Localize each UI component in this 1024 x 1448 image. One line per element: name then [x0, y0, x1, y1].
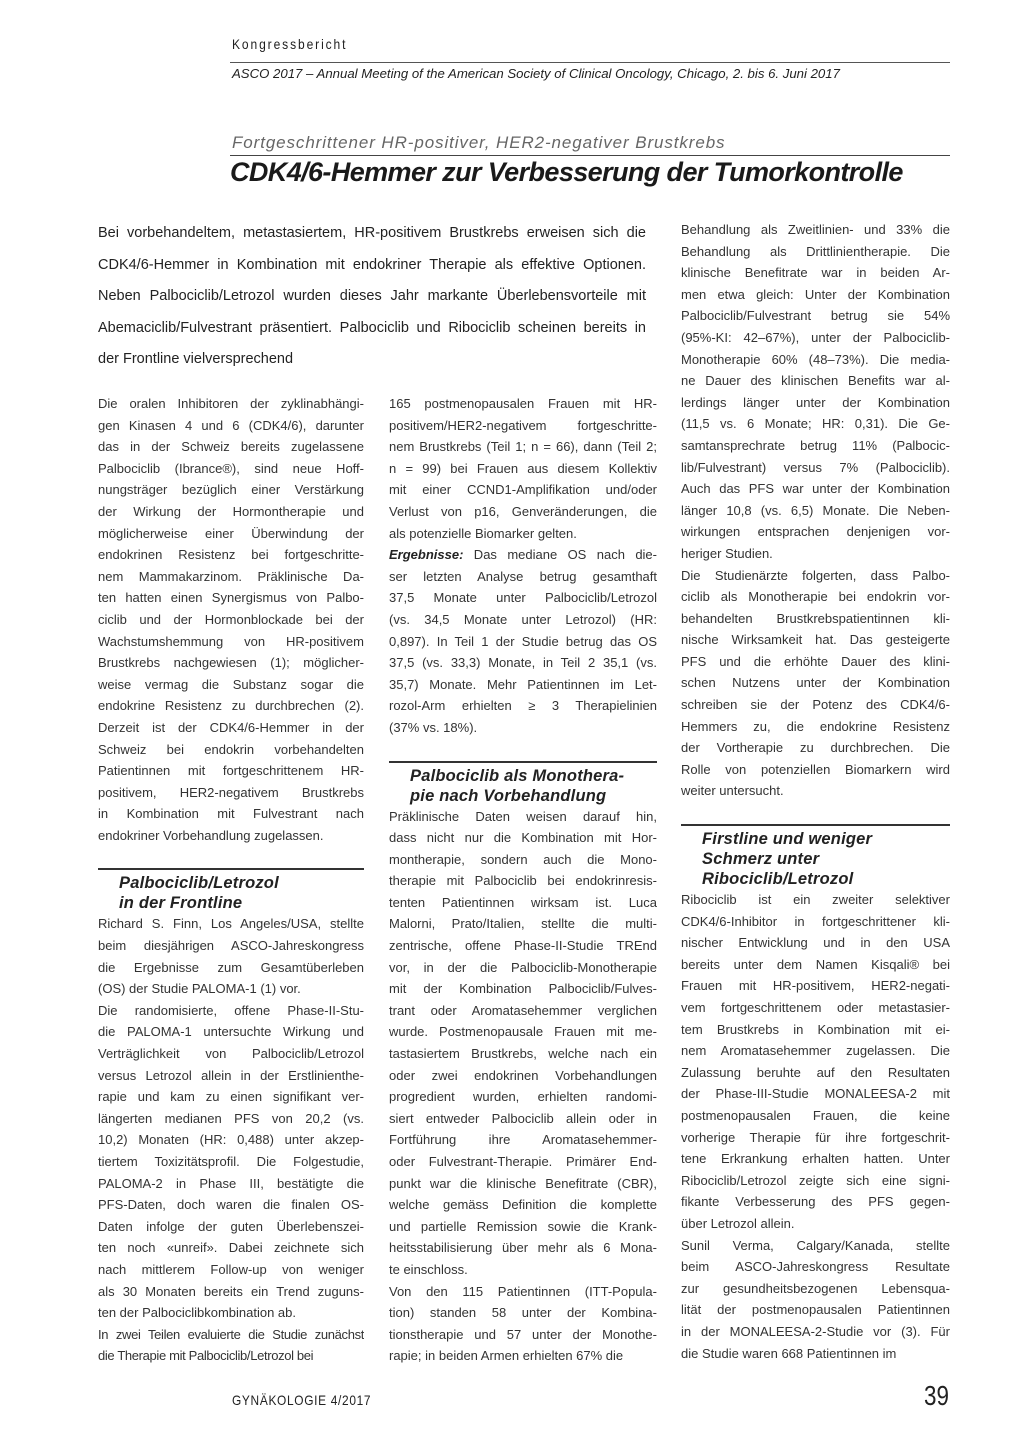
text-line: ten der Palbociclibkombination ab. — [98, 1302, 364, 1324]
text-line: Monotherapie 60% (48–73%). Die media- — [681, 349, 950, 371]
text-line: Ribociclib ist ein zweiter selektiver — [681, 889, 950, 911]
text-line: beim ASCO-Jahreskongress Resultate — [681, 1256, 950, 1278]
text-line: fikante Verbesserung des PFS gegen- — [681, 1191, 950, 1213]
text-line: mit der Kombination Palbociclib/Fulves- — [389, 978, 657, 1000]
text-line: PFS-Daten, doch waren die finalen OS- — [98, 1194, 364, 1216]
text-line: ciclib und der Hormonblockade bei der — [98, 609, 364, 631]
text-line: schen Nutzens unter der Kombination — [681, 672, 950, 694]
text-line: in der Frontline — [119, 893, 364, 913]
text-line: die Therapie mit Palbociclib/Letrozol be… — [98, 1345, 364, 1367]
text-line: nische Wirksamkeit hat. Das gesteigerte — [681, 629, 950, 651]
text-line: die PALOMA-1 untersuchte Wirkung und — [98, 1021, 364, 1043]
text-line: dass nicht nur die Kombination mit Hor- — [389, 827, 657, 849]
text-line: Verlust von p16, Genveränderungen, die — [389, 501, 657, 523]
page-number: 39 — [924, 1380, 949, 1412]
text-line: ser letzten Analyse betrug gesamthaft — [389, 566, 657, 588]
text-line: ciclib als Monotherapie bei endokrin vor… — [681, 586, 950, 608]
text-line: endokriner Vorbehandlung zugelassen. — [98, 825, 364, 847]
column-2: 165 postmenopausalen Frauen mit HR-posit… — [389, 393, 657, 1367]
text-line: Daten infolge der guten Überlebenszei- — [98, 1216, 364, 1238]
header-kicker: Kongressbericht — [232, 36, 347, 52]
text-line: vor, in der die Palbociclib-Monotherapie — [389, 957, 657, 979]
column-3: Behandlung als Zweitlinien- und 33% dieB… — [681, 219, 950, 1364]
text-line: Verträglichkeit von Palbociclib/Letrozol — [98, 1043, 364, 1065]
text-line: Rolle von potenziellen Biomarkern wird — [681, 759, 950, 781]
text-line: tenten Patientinnen wirksam ist. Luca — [389, 892, 657, 914]
text-line: In zwei Teilen evaluierte die Studie zun… — [98, 1324, 364, 1346]
col3-paragraph-4: Sunil Verma, Calgary/Kanada, stelltebeim… — [681, 1235, 950, 1365]
text-line: längerten medianen PFS von 20,2 (vs. — [98, 1108, 364, 1130]
text-line: der Frontline vielversprechend — [98, 344, 646, 376]
text-line: beim diesjährigen ASCO-Jahreskongress — [98, 935, 364, 957]
text-line: nungsträger bezüglich einer Verstärkung — [98, 479, 364, 501]
col3-paragraph-1: Behandlung als Zweitlinien- und 33% dieB… — [681, 219, 950, 565]
text-line: CDK4/6-Inhibitor in fortgeschrittener kl… — [681, 911, 950, 933]
text-line: lib/Fulvestrant) versus 7% (Palbociclib)… — [681, 457, 950, 479]
text-line: der Phase-III-Studie MONALEESA-2 mit — [681, 1083, 950, 1105]
text-line: der Wirkung der Hormontherapie und — [98, 501, 364, 523]
text-line: PALOMA-2 in Phase III, bestätigte die — [98, 1173, 364, 1195]
text-line: montherapie, sondern auch die Mono- — [389, 849, 657, 871]
text-line: 165 postmenopausalen Frauen mit HR- — [389, 393, 657, 415]
text-line: Zulassung beruhte auf den Resultaten — [681, 1062, 950, 1084]
text-line: schreiben sie der Potenz des CDK4/6- — [681, 694, 950, 716]
text-line: pie nach Vorbehandlung — [410, 786, 657, 806]
text-line: Abemaciclib/Fulvestrant präsentiert. Pal… — [98, 313, 646, 345]
text-line: die Studie waren 668 Patientinnen im — [681, 1343, 950, 1365]
text-line: Präklinische Daten weisen darauf hin, — [389, 806, 657, 828]
text-line: Firstline und weniger — [702, 829, 950, 849]
text-line: tene Erkrankung erhalten hatten. Unter — [681, 1148, 950, 1170]
text-line: siert entweder Palbociclib allein oder i… — [389, 1108, 657, 1130]
text-line: tem Brustkrebs in Kombination mit ei- — [681, 1019, 950, 1041]
col2-results: Ergebnisse: Das mediane OS nach die- — [389, 544, 657, 566]
text-line: zentrische, offene Phase-II-Studie TREnd — [389, 935, 657, 957]
text-line: (OS) der Studie PALOMA-1 (1) vor. — [98, 978, 364, 1000]
text-line: therapie mit Palbociclib bei endokrinres… — [389, 870, 657, 892]
text-line: Bei vorbehandeltem, metastasiertem, HR-p… — [98, 218, 646, 250]
article-title: CDK4/6-Hemmer zur Verbesserung der Tumor… — [230, 157, 903, 188]
text-line: PFS und die erhöhte Dauer des klini- — [681, 651, 950, 673]
text-line: zur gesundheitsbezogenen Lebensqua- — [681, 1278, 950, 1300]
text-line: endokrinen Resistenz bei fortgeschritte- — [98, 544, 364, 566]
text-line: 37,5 (vs. 33,3) Monate, in Teil 2 35,1 (… — [389, 652, 657, 674]
text-line: oder zwei endokrinen Vorbehandlungen — [389, 1065, 657, 1087]
text-line: ten noch «unreif». Dabei zeichnete sich — [98, 1237, 364, 1259]
col3-paragraph-3: Ribociclib ist ein zweiter selektiverCDK… — [681, 889, 950, 1235]
footer-journal: GYNÄKOLOGIE 4/2017 — [232, 1392, 371, 1408]
text-line: nem Mammakarzinom. Präklinische Da- — [98, 566, 364, 588]
text-line: nem Aromatasehemmer zugelassen. Die — [681, 1040, 950, 1062]
text-line: über Letrozol allein. — [681, 1213, 950, 1235]
text-line: Palbociclib (Ibrance®), sind neue Hoff- — [98, 458, 364, 480]
text-line: 10,2) Monaten (HR: 0,488) unter akzep- — [98, 1129, 364, 1151]
text-line: rapie; in beiden Armen erhielten 67% die — [389, 1345, 657, 1367]
text-line: tionstherapie und 57 unter der Monothe- — [389, 1324, 657, 1346]
col1-intro: Die oralen Inhibitoren der zyklinabhängi… — [98, 393, 364, 846]
text-line: Palbociclib als Monothera- — [410, 766, 657, 786]
text-line: ne Dauer des klinischen Benefits war al- — [681, 370, 950, 392]
text-line: Fortführung ihre Aromatasehemmer- — [389, 1129, 657, 1151]
text-line: tiertem Toxizitätsprofil. Die Folgestudi… — [98, 1151, 364, 1173]
text-line: Die oralen Inhibitoren der zyklinabhängi… — [98, 393, 364, 415]
text-line: weiter untersucht. — [681, 780, 950, 802]
col2-paragraph-3: Präklinische Daten weisen darauf hin,das… — [389, 806, 657, 1281]
results-first-line: Das mediane OS nach die- — [463, 547, 657, 562]
text-line: endokrine Resistenz zu durchbrechen (2). — [98, 695, 364, 717]
text-line: progredient wurden, erhielten randomi- — [389, 1086, 657, 1108]
col1-paragraph-3: In zwei Teilen evaluierte die Studie zun… — [98, 1324, 364, 1367]
text-line: als potenzielle Biomarker gelten. — [389, 523, 657, 545]
text-line: Von den 115 Patientinnen (ITT-Popula- — [389, 1281, 657, 1303]
text-line: vem fortgeschrittenem oder metastasier- — [681, 997, 950, 1019]
text-line: behandelten Brustkrebspatientinnen kli- — [681, 608, 950, 630]
header-subtitle: ASCO 2017 – Annual Meeting of the Americ… — [232, 66, 840, 81]
text-line: Richard S. Finn, Los Angeles/USA, stellt… — [98, 913, 364, 935]
text-line: wirkungen entsprachen denjenigen vor- — [681, 521, 950, 543]
text-line: vorherige Therapie für ihre fortgeschrit… — [681, 1127, 950, 1149]
text-line: in der MONALEESA-2-Studie vor (3). Für — [681, 1321, 950, 1343]
section-heading-firstline: Firstline und wenigerSchmerz unterRiboci… — [681, 829, 950, 889]
col2-paragraph-1: 165 postmenopausalen Frauen mit HR-posit… — [389, 393, 657, 544]
text-line: die Ergebnisse zum Gesamtüberleben — [98, 957, 364, 979]
text-line: Behandlung als Drittlinientherapie. Die — [681, 241, 950, 263]
text-line: samtansprechrate betrug 11% (Palbocic- — [681, 435, 950, 457]
text-line: Palbociclib/Letrozol — [119, 873, 364, 893]
text-line: möglicherweise einer Überwindung der — [98, 523, 364, 545]
text-line: welche gemäss Definition die komplette — [389, 1194, 657, 1216]
column-1: Die oralen Inhibitoren der zyklinabhängi… — [98, 393, 364, 1367]
section-heading-palbociclib-letrozol: Palbociclib/Letrozolin der Frontline — [98, 873, 364, 913]
col3-paragraph-2: Die Studienärzte folgerten, dass Palbo-c… — [681, 565, 950, 803]
text-line: Frauen mit HR-positivem, HER2-negati- — [681, 975, 950, 997]
text-line: Derzeit ist der CDK4/6-Hemmer in der — [98, 717, 364, 739]
text-line: tastasiertem Brustkrebs, welche nach ein — [389, 1043, 657, 1065]
text-line: Ribociclib/Letrozol — [702, 869, 950, 889]
text-line: nischer Entwicklung und in den USA — [681, 932, 950, 954]
text-line: Behandlung als Zweitlinien- und 33% die — [681, 219, 950, 241]
text-line: Palbociclib/Fulvestrant betrug sie 54% — [681, 305, 950, 327]
text-line: in Kombination mit Fulvestrant nach — [98, 803, 364, 825]
text-line: Brustkrebs nachgewiesen (1); möglicher- — [98, 652, 364, 674]
text-line: Ribociclib/Letrozol zeigte sich eine sig… — [681, 1170, 950, 1192]
text-line: Patientinnen mit fortgeschrittenem HR- — [98, 760, 364, 782]
text-line: postmenopausalen Frauen, die keine — [681, 1105, 950, 1127]
text-line: länger 10,8 (vs. 6,5) Monate. Die Neben- — [681, 500, 950, 522]
section-rule — [389, 761, 657, 763]
col2-paragraph-4: Von den 115 Patientinnen (ITT-Popula-tio… — [389, 1281, 657, 1367]
text-line: wurde. Postmenopausale Frauen mit me- — [389, 1021, 657, 1043]
text-line: (37% vs. 18%). — [389, 717, 657, 739]
text-line: gen Kinasen 4 und 6 (CDK4/6), darunter — [98, 415, 364, 437]
text-line: Malorni, Prato/Italien, stellte die mult… — [389, 913, 657, 935]
text-line: nem Brustkrebs (Teil 1; n = 66), dann (T… — [389, 436, 657, 458]
text-line: 35,7) Monate. Mehr Patientinnen im Let- — [389, 674, 657, 696]
text-line: rozol-Arm erhielten ≥ 3 Therapielinien — [389, 695, 657, 717]
section-rule — [98, 868, 364, 870]
text-line: weise vermag die Substanz sogar die — [98, 674, 364, 696]
text-line: der Vortherapie zu durchbrechen. Die — [681, 737, 950, 759]
header-rule — [230, 62, 950, 63]
text-line: 0,897). In Teil 1 der Studie betrug das … — [389, 631, 657, 653]
text-line: und partielle Remission sowie die Krank- — [389, 1216, 657, 1238]
section-rule — [681, 824, 950, 826]
text-line: Wachstumshemmung von HR-positivem — [98, 631, 364, 653]
text-line: nach mittlerem Follow-up von weniger — [98, 1259, 364, 1281]
text-line: rapie und kam zu einen signifikant ver- — [98, 1086, 364, 1108]
text-line: CDK4/6-Hemmer in Kombination mit endokri… — [98, 250, 646, 282]
text-line: lerdings länger unter der Kombination — [681, 392, 950, 414]
text-line: trant oder Aromatasehemmer verglichen — [389, 1000, 657, 1022]
article-topic: Fortgeschrittener HR-positiver, HER2-neg… — [232, 133, 725, 153]
text-line: Die Studienärzte folgerten, dass Palbo- — [681, 565, 950, 587]
results-label: Ergebnisse: — [389, 547, 463, 562]
text-line: bereits unter dem Namen Kisqali® bei — [681, 954, 950, 976]
topic-rule — [230, 155, 950, 156]
article-lead: Bei vorbehandeltem, metastasiertem, HR-p… — [98, 218, 646, 376]
col1-paragraph-1: Richard S. Finn, Los Angeles/USA, stellt… — [98, 913, 364, 999]
text-line: men etwa gleich: Unter der Kombination — [681, 284, 950, 306]
text-line: (11,5 vs. 6 Monate; HR: 0,31). Die Ge- — [681, 413, 950, 435]
text-line: ten hatten einen Synergismus von Palbo- — [98, 587, 364, 609]
text-line: heriger Studien. — [681, 543, 950, 565]
text-line: versus Letrozol allein in der Erstlinien… — [98, 1065, 364, 1087]
text-line: oder Fulvestrant-Therapie. Primärer End- — [389, 1151, 657, 1173]
text-line: klinische Benefitrate war in beiden Ar- — [681, 262, 950, 284]
col1-paragraph-2: Die randomisierte, offene Phase-II-Stu-d… — [98, 1000, 364, 1324]
text-line: n = 99) bei Frauen aus diesem Kollektiv — [389, 458, 657, 480]
text-line: als 30 Monaten bereits ein Trend zuguns- — [98, 1281, 364, 1303]
section-heading-monotherapie: Palbociclib als Monothera-pie nach Vorbe… — [389, 766, 657, 806]
text-line: mit einer CCND1-Amplifikation und/oder — [389, 479, 657, 501]
text-line: Schweiz bei endokrin vorbehandelten — [98, 739, 364, 761]
text-line: positivem/HER2-negativem fortgeschritte- — [389, 415, 657, 437]
text-line: Hemmers zu, die endokrine Resistenz — [681, 716, 950, 738]
text-line: Auch das PFS war unter der Kombination — [681, 478, 950, 500]
text-line: Sunil Verma, Calgary/Kanada, stellte — [681, 1235, 950, 1257]
text-line: Schmerz unter — [702, 849, 950, 869]
text-line: 37,5 Monate unter Palbociclib/Letrozol — [389, 587, 657, 609]
text-line: das in der Schweiz bereits zugelassene — [98, 436, 364, 458]
text-line: Neben Palbociclib/Letrozol wurden dieses… — [98, 281, 646, 313]
text-line: lität der postmenopausalen Patientinnen — [681, 1299, 950, 1321]
col2-paragraph-2: ser letzten Analyse betrug gesamthaft37,… — [389, 566, 657, 739]
text-line: (95%-KI: 42–67%), unter der Palbociclib- — [681, 327, 950, 349]
text-line: Die randomisierte, offene Phase-II-Stu- — [98, 1000, 364, 1022]
text-line: heitsstabilisierung über mehr als 6 Mona… — [389, 1237, 657, 1259]
text-line: positivem, HER2-negativem Brustkrebs — [98, 782, 364, 804]
text-line: tion) standen 58 unter der Kombina- — [389, 1302, 657, 1324]
text-line: (vs. 34,5 Monate unter Letrozol) (HR: — [389, 609, 657, 631]
text-line: te einschloss. — [389, 1259, 657, 1281]
text-line: punkt war die klinische Benefitrate (CBR… — [389, 1173, 657, 1195]
